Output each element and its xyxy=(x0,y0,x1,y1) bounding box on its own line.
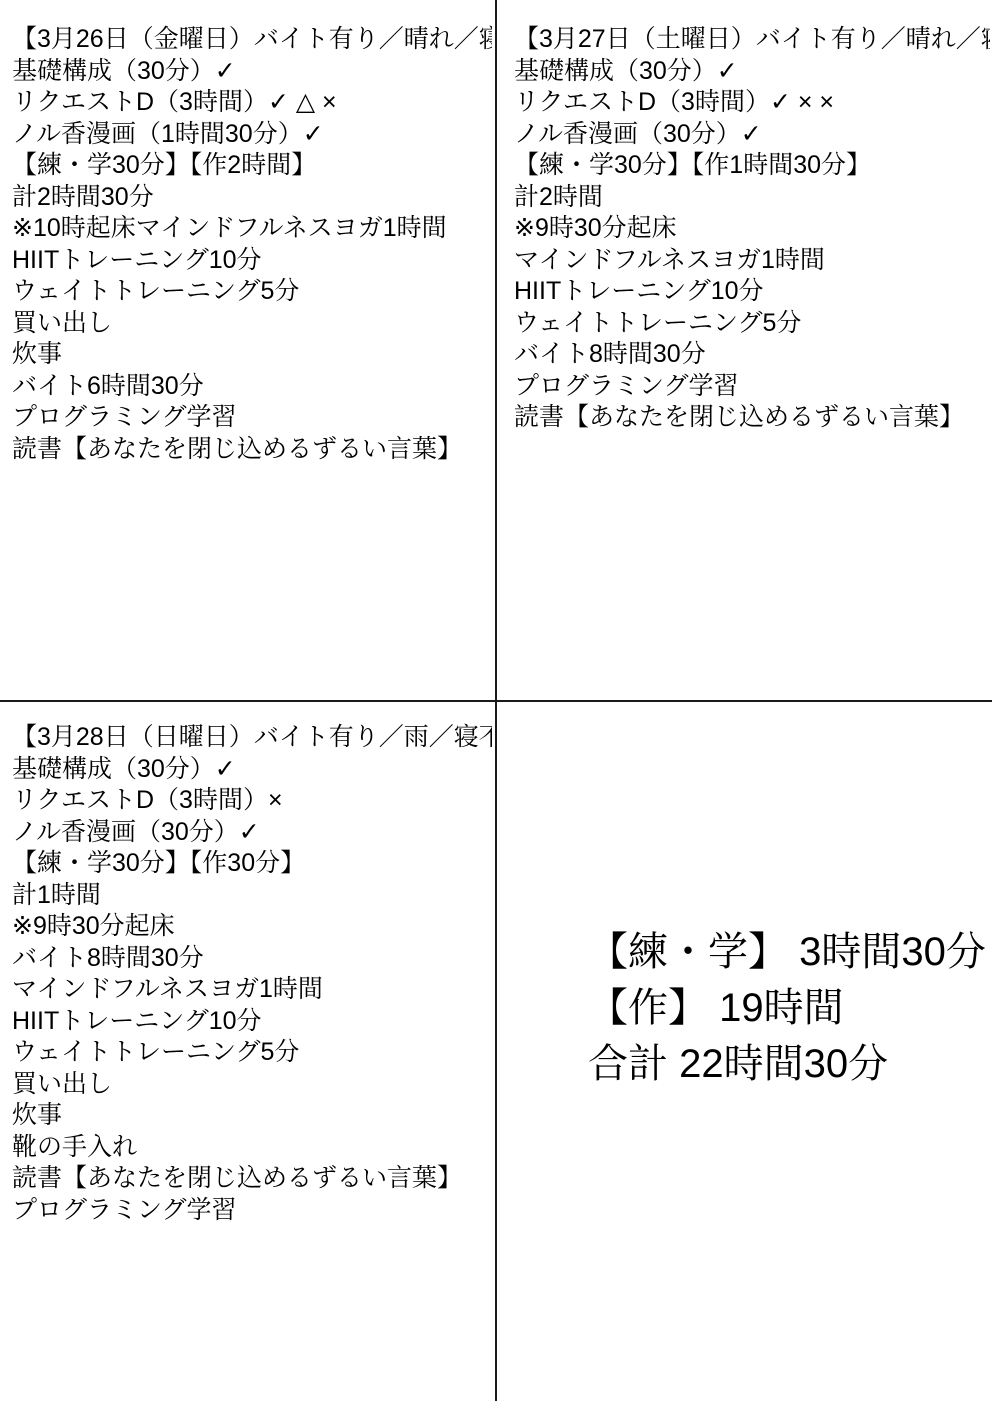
entry-item: 炊事 xyxy=(12,1100,492,1132)
day-header: 【3月26日（金曜日）バイト有り／晴れ／寝不足】 xyxy=(12,24,492,56)
summary-practice-study-total: 【練・学】 3時間30分 xyxy=(588,924,990,980)
entry-item: 靴の手入れ xyxy=(12,1132,492,1164)
day-entry-mar27: 【3月27日（土曜日）バイト有り／晴れ／寝不足】 基礎構成（30分）✓リクエスト… xyxy=(514,24,990,696)
entry-item: 基礎構成（30分）✓ xyxy=(12,56,492,88)
diary-page: 【3月26日（金曜日）バイト有り／晴れ／寝不足】 基礎構成（30分）✓リクエスト… xyxy=(0,0,992,1403)
entry-item: マインドフルネスヨガ1時間 xyxy=(514,245,990,277)
entry-item: 【練・学30分】【作30分】 xyxy=(12,848,492,880)
day-entry-mar28: 【3月28日（日曜日）バイト有り／雨／寝不足】 基礎構成（30分）✓リクエストD… xyxy=(12,722,492,1400)
entry-item: ※9時30分起床 xyxy=(12,911,492,943)
day-item-list: 基礎構成（30分）✓リクエストD（3時間）×ノル香漫画（30分）✓【練・学30分… xyxy=(12,754,492,1227)
entry-item: ノル香漫画（30分）✓ xyxy=(12,817,492,849)
entry-item: リクエストD（3時間）✓ × × xyxy=(514,87,990,119)
entry-item: プログラミング学習 xyxy=(12,1195,492,1227)
entry-item: 買い出し xyxy=(12,308,492,340)
entry-item: 計2時間 xyxy=(514,182,990,214)
entry-item: ウェイトトレーニング5分 xyxy=(12,1037,492,1069)
summary-block: 【練・学】 3時間30分 【作】 19時間 合計 22時間30分 xyxy=(588,924,990,1394)
entry-item: 読書【あなたを閉じ込めるずるい言葉】 xyxy=(514,402,990,434)
entry-item: 基礎構成（30分）✓ xyxy=(12,754,492,786)
entry-item: 基礎構成（30分）✓ xyxy=(514,56,990,88)
entry-item: プログラミング学習 xyxy=(514,371,990,403)
summary-grand-total: 合計 22時間30分 xyxy=(588,1036,990,1092)
entry-item: 読書【あなたを閉じ込めるずるい言葉】 xyxy=(12,1163,492,1195)
day-header: 【3月27日（土曜日）バイト有り／晴れ／寝不足】 xyxy=(514,24,990,56)
entry-item: 買い出し xyxy=(12,1069,492,1101)
day-item-list: 基礎構成（30分）✓リクエストD（3時間）✓ △ ×ノル香漫画（1時間30分）✓… xyxy=(12,56,492,466)
entry-item: マインドフルネスヨガ1時間 xyxy=(12,974,492,1006)
entry-item: HIITトレーニング10分 xyxy=(12,1006,492,1038)
entry-item: リクエストD（3時間）✓ △ × xyxy=(12,87,492,119)
entry-item: ウェイトトレーニング5分 xyxy=(12,276,492,308)
entry-item: リクエストD（3時間）× xyxy=(12,785,492,817)
day-item-list: 基礎構成（30分）✓リクエストD（3時間）✓ × ×ノル香漫画（30分）✓【練・… xyxy=(514,56,990,434)
entry-item: バイト8時間30分 xyxy=(514,339,990,371)
entry-item: ウェイトトレーニング5分 xyxy=(514,308,990,340)
entry-item: HIITトレーニング10分 xyxy=(514,276,990,308)
entry-item: ノル香漫画（30分）✓ xyxy=(514,119,990,151)
entry-item: バイト6時間30分 xyxy=(12,371,492,403)
entry-item: 炊事 xyxy=(12,339,492,371)
day-entry-mar26: 【3月26日（金曜日）バイト有り／晴れ／寝不足】 基礎構成（30分）✓リクエスト… xyxy=(12,24,492,696)
entry-item: ※9時30分起床 xyxy=(514,213,990,245)
summary-work-total: 【作】 19時間 xyxy=(588,980,990,1036)
entry-item: 【練・学30分】【作1時間30分】 xyxy=(514,150,990,182)
entry-item: 【練・学30分】【作2時間】 xyxy=(12,150,492,182)
entry-item: 計2時間30分 xyxy=(12,182,492,214)
entry-item: 読書【あなたを閉じ込めるずるい言葉】 xyxy=(12,434,492,466)
day-header: 【3月28日（日曜日）バイト有り／雨／寝不足】 xyxy=(12,722,492,754)
entry-item: ※10時起床マインドフルネスヨガ1時間 xyxy=(12,213,492,245)
entry-item: ノル香漫画（1時間30分）✓ xyxy=(12,119,492,151)
entry-item: プログラミング学習 xyxy=(12,402,492,434)
entry-item: 計1時間 xyxy=(12,880,492,912)
entry-item: バイト8時間30分 xyxy=(12,943,492,975)
horizontal-divider xyxy=(0,700,992,702)
entry-item: HIITトレーニング10分 xyxy=(12,245,492,277)
